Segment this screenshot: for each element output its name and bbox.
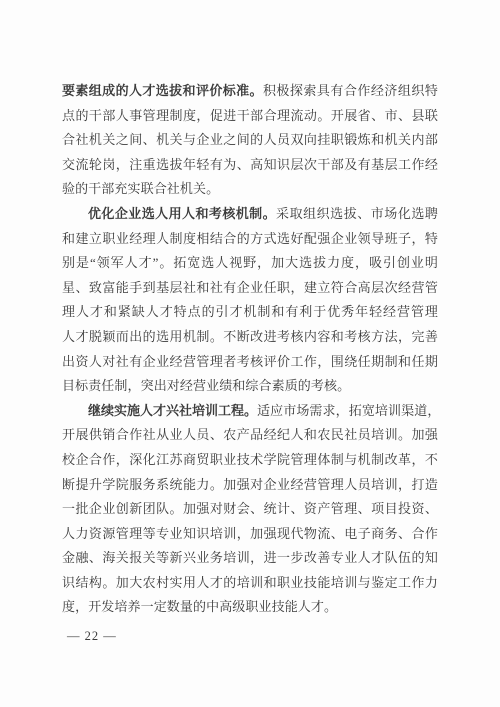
text-line: 别是“领军人才”。拓宽选人视野，加大选拔力度，吸引创业明: [62, 251, 438, 276]
bold-lead-text: 优化企业选人用人和考核机制。: [88, 206, 276, 221]
text-line: 验的干部充实联合社机关。: [62, 177, 438, 202]
text-line-segment: 积极探索具有合作经济组织特: [263, 83, 438, 98]
text-line: 交流轮岗，注重选拔年轻有为、高知识层次干部及有基层工作经: [62, 153, 438, 178]
text-line: 校企合作，深化江苏商贸职业技术学院管理体制与机制改革，不: [62, 448, 438, 473]
document-page: 要素组成的人才选拔和评价标准。积极探索具有合作经济组织特 点的干部人事管理制度，…: [0, 0, 500, 707]
text-line: 继续实施人才兴社培训工程。适应市场需求，拓宽培训渠道，: [62, 399, 438, 424]
text-line: 合社机关之间、机关与企业之间的人员双向挂职锻炼和机关内部: [62, 128, 438, 153]
text-line: 星、致富能手到基层社和社有企业任职，建立符合高层次经营管: [62, 276, 438, 301]
text-line: 开展供销合作社从业人员、农产品经纪人和农民社员培训。加强: [62, 423, 438, 448]
text-line: 和建立职业经理人制度相结合的方式选好配强企业领导班子，特: [62, 227, 438, 252]
text-line: 金融、海关报关等新兴业务培训，进一步改善专业人才队伍的知: [62, 546, 438, 571]
text-line: 断提升学院服务系统能力。加强对企业经营管理人员培训，打造: [62, 473, 438, 498]
text-line: 理人才和紧缺人才特点的引才机制和有利于优秀年轻经营管理: [62, 300, 438, 325]
text-line: 度，开发培养一定数量的中高级职业技能人才。: [62, 595, 438, 620]
text-line: 要素组成的人才选拔和评价标准。积极探索具有合作经济组织特: [62, 79, 438, 104]
text-line: 人力资源管理等专业知识培训，加强现代物流、电子商务、合作: [62, 522, 438, 547]
document-text-block: 要素组成的人才选拔和评价标准。积极探索具有合作经济组织特 点的干部人事管理制度，…: [62, 79, 438, 620]
text-line-segment: 采取组织选拔、市场化选聘: [276, 206, 438, 221]
text-line: 人才脱颖而出的选用机制。不断改进考核内容和考核方法，完善: [62, 325, 438, 350]
text-line: 识结构。加大农村实用人才的培训和职业技能培训与鉴定工作力: [62, 571, 438, 596]
text-line: 出资人对社有企业经营管理者考核评价工作，围绕任期制和任期: [62, 350, 438, 375]
text-line-segment: 适应市场需求，拓宽培训渠道，: [257, 403, 440, 418]
text-line: 点的干部人事管理制度，促进干部合理流动。开展省、市、县联: [62, 104, 438, 129]
text-line: 优化企业选人用人和考核机制。采取组织选拔、市场化选聘: [62, 202, 438, 227]
bold-lead-text: 继续实施人才兴社培训工程。: [88, 403, 257, 418]
bold-lead-text: 要素组成的人才选拔和评价标准。: [62, 83, 263, 98]
text-line: 一批企业创新团队。加强对财会、统计、资产管理、项目投资、: [62, 497, 438, 522]
page-number: — 22 —: [67, 629, 117, 644]
text-line: 目标责任制，突出对经营业绩和综合素质的考核。: [62, 374, 438, 399]
